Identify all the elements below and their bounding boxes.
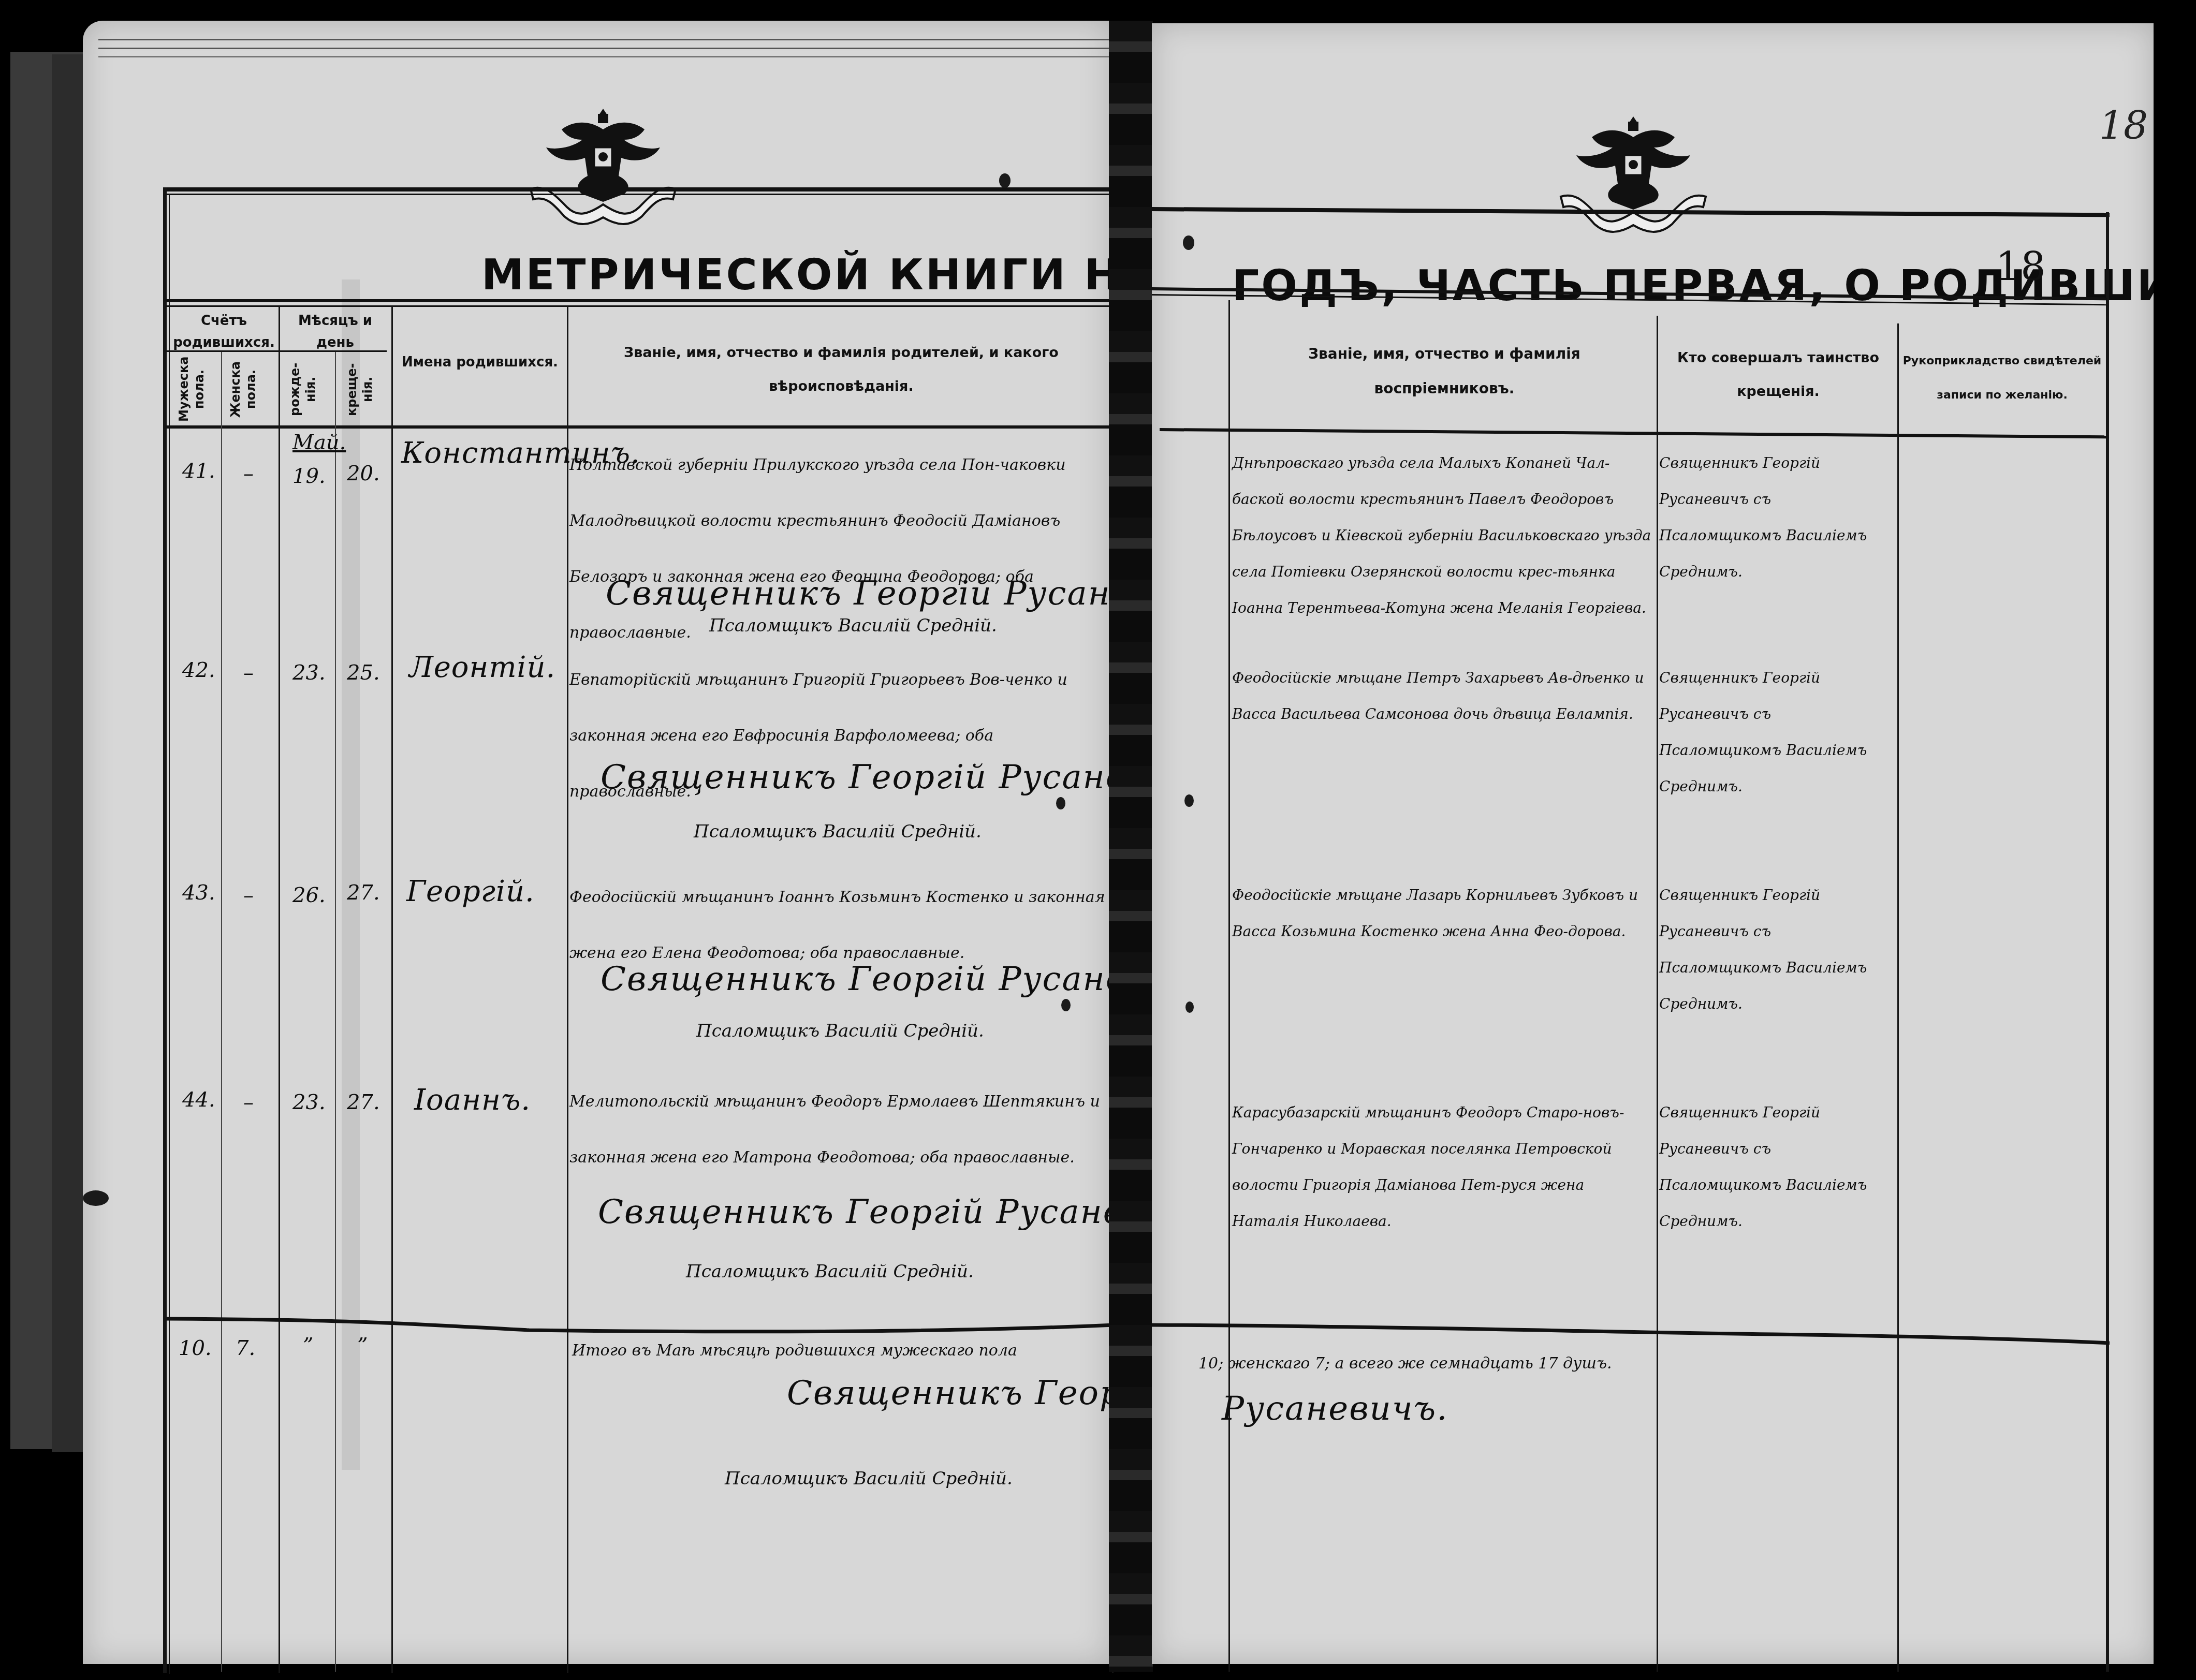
title-text: МЕТРИЧЕСКОЙ КНИГИ НА bbox=[481, 250, 1156, 300]
entry-43-male-no: 43. bbox=[182, 882, 215, 903]
entry-43-female-no: – bbox=[243, 885, 254, 906]
col-header-birth: рожде-нія. bbox=[287, 357, 329, 422]
entry-41-godparents: Днѣпровскаго уѣзда села Малыхъ Копаней Ч… bbox=[1232, 445, 1654, 626]
col-header-baptism: креще-нія. bbox=[344, 357, 386, 422]
entry-42-name: Леонтій. bbox=[409, 653, 555, 682]
totals-priest-signature-continued: Русаневичъ. bbox=[1222, 1392, 1448, 1425]
col-header-officiant: Кто совершалъ таинство крещенія. bbox=[1664, 342, 1892, 409]
col-header-godparents: Званіе, имя, отчество и фамилія воспріем… bbox=[1237, 336, 1651, 406]
entry-41-officiant: Священникъ Георгій Русаневичъ съ Псаломщ… bbox=[1659, 445, 1895, 590]
col-header-count: Счётъ родившихся. bbox=[171, 311, 277, 353]
entry-43-birth-day: 26. bbox=[292, 885, 326, 906]
col-divider-officiant-witnesses bbox=[1897, 323, 1899, 1672]
coat-of-arms-icon bbox=[525, 98, 681, 228]
col-header-names: Имена родившихся. bbox=[394, 352, 565, 374]
entry-43-baptism-day: 27. bbox=[347, 882, 380, 903]
entry-44-officiant: Священникъ Георгій Русаневичъ съ Псаломщ… bbox=[1659, 1095, 1895, 1240]
entry-43-psalmist-signature: Псаломщикъ Василій Средній. bbox=[696, 1022, 984, 1040]
entry-44-parents: Мелитопольскій мѣщанинъ Феодоръ Ермолаев… bbox=[569, 1074, 1108, 1186]
ink-blot bbox=[1185, 1001, 1194, 1013]
col-divider-names-parents bbox=[567, 306, 568, 1673]
entry-41-psalmist-signature: Псаломщикъ Василій Средній. bbox=[709, 617, 997, 635]
page-clip bbox=[83, 1190, 109, 1206]
totals-psalmist-signature: Псаломщикъ Василій Средній. bbox=[725, 1470, 1013, 1487]
totals-divider-rule-right bbox=[1152, 1320, 2110, 1351]
paper-stain bbox=[342, 279, 360, 1470]
frame-top-rule bbox=[163, 187, 1116, 191]
col-header-female: Женска пола. bbox=[228, 357, 269, 422]
totals-female: 7. bbox=[236, 1338, 255, 1359]
pencil-page-number: 18 bbox=[2099, 104, 2148, 148]
entry-43-officiant: Священникъ Георгій Русаневичъ съ Псаломщ… bbox=[1659, 877, 1895, 1022]
coat-of-arms-icon bbox=[1556, 106, 1711, 235]
col-divider-margin-godparents bbox=[1228, 300, 1230, 1672]
header-top-rule bbox=[167, 299, 1116, 302]
entry-41-month: Май. bbox=[292, 432, 346, 453]
entry-42-female-no: – bbox=[243, 662, 254, 683]
entry-42-godparents: Феодосійскіе мѣщане Петръ Захарьевъ Ав-д… bbox=[1232, 660, 1654, 732]
entry-44-baptism-day: 27. bbox=[347, 1092, 380, 1113]
entry-44-birth-day: 23. bbox=[292, 1092, 326, 1113]
totals-text: Итого въ Маѣ мѣсяцѣ родившихся мужескаго… bbox=[572, 1335, 1110, 1366]
entry-42-officiant: Священникъ Георгій Русаневичъ съ Псаломщ… bbox=[1659, 660, 1895, 805]
entry-43-name: Георгій. bbox=[406, 877, 535, 906]
col-header-date: Мѣсяцъ и день bbox=[282, 311, 388, 353]
header-top-rule-2 bbox=[167, 305, 1116, 307]
entry-42-baptism-day: 25. bbox=[347, 662, 380, 683]
col-header-witnesses: Рукоприкладство свидѣтелей записи по жел… bbox=[1902, 344, 2102, 412]
frame-right-rule bbox=[2106, 212, 2109, 1672]
book-gutter bbox=[1109, 21, 1153, 1672]
ink-blot bbox=[1056, 797, 1065, 809]
entry-43-godparents: Феодосійскіе мѣщане Лазарь Корнильевъ Зу… bbox=[1232, 877, 1654, 950]
header-bottom-rule bbox=[167, 425, 1116, 429]
col-header-parents: Званіе, имя, отчество и фамилія родителе… bbox=[575, 336, 1108, 404]
totals-text-continued: 10; женскаго 7; а всего же семнадцать 17… bbox=[1198, 1348, 1768, 1379]
col-divider-male-female bbox=[221, 352, 222, 1672]
frame-left-rule-inner bbox=[169, 194, 170, 1674]
entry-42-psalmist-signature: Псаломщикъ Василій Средній. bbox=[694, 823, 982, 841]
ink-blot bbox=[1061, 999, 1071, 1011]
ink-blot bbox=[1184, 794, 1194, 807]
binding-hole bbox=[1183, 235, 1194, 250]
binding-hole bbox=[999, 173, 1011, 188]
totals-baptism-mark: ” bbox=[357, 1335, 368, 1356]
col-divider-godparents-officiant bbox=[1657, 316, 1658, 1672]
col-divider-count-date bbox=[279, 306, 280, 1673]
page-edges-stack bbox=[98, 21, 1113, 57]
frame-top-rule-inner bbox=[167, 194, 1116, 195]
entry-41-male-no: 41. bbox=[182, 461, 215, 481]
printed-page-number: 18 bbox=[1996, 243, 2046, 289]
entry-44-psalmist-signature: Псаломщикъ Василій Средній. bbox=[686, 1263, 974, 1280]
entry-44-godparents: Карасубазарскій мѣщанинъ Феодоръ Старо-н… bbox=[1232, 1095, 1654, 1240]
frame-left-rule bbox=[163, 187, 167, 1673]
entry-41-baptism-day: 20. bbox=[347, 463, 380, 484]
entry-44-name: Іоаннъ. bbox=[414, 1086, 531, 1115]
totals-male: 10. bbox=[179, 1338, 212, 1359]
entry-44-male-no: 44. bbox=[182, 1089, 215, 1110]
col-divider-birth-baptism bbox=[335, 352, 336, 1672]
scan-border-right bbox=[2154, 0, 2196, 1680]
col-divider-date-names bbox=[391, 306, 393, 1673]
entry-42-birth-day: 23. bbox=[292, 662, 326, 683]
entry-41-birth-day: 19. bbox=[292, 466, 326, 487]
entry-41-female-no: – bbox=[243, 463, 254, 484]
totals-birth-mark: ” bbox=[303, 1335, 313, 1356]
entry-42-male-no: 42. bbox=[182, 660, 215, 681]
col-header-male: Мужеска пола. bbox=[176, 357, 217, 422]
entry-44-female-no: – bbox=[243, 1092, 254, 1113]
